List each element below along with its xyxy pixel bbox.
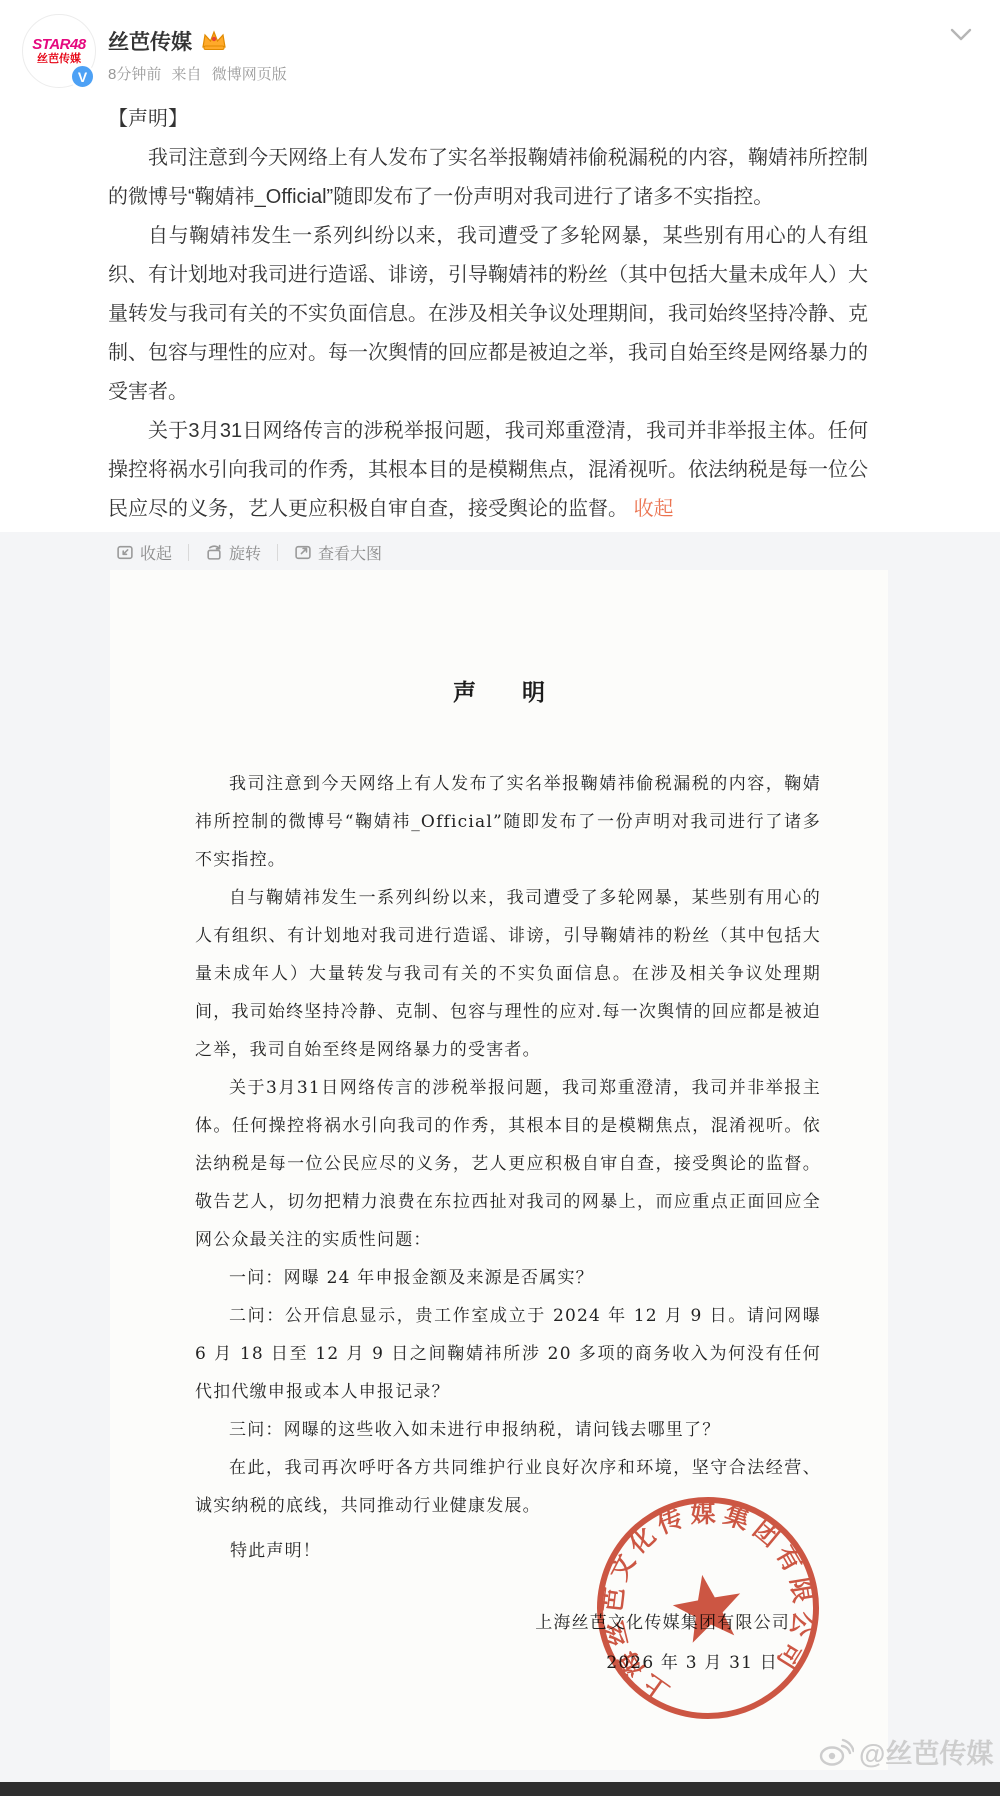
image-toolbar: 收起 旋转 查看大图 — [116, 537, 382, 567]
document-title: 声 明 — [110, 674, 888, 707]
seal-star-icon — [668, 1569, 747, 1645]
collapse-text-link[interactable]: 收起 — [634, 498, 674, 520]
source-prefix: 来自 — [172, 66, 202, 83]
watermark-text: @丝芭传媒 — [859, 1732, 993, 1771]
post-title: 【声明】 — [108, 100, 868, 139]
chevron-down-icon[interactable] — [950, 28, 972, 42]
source-link[interactable]: 微博网页版 — [212, 66, 287, 83]
rotate-image-button[interactable]: 旋转 — [205, 541, 261, 564]
post-text: 【声明】 我司注意到今天网络上有人发布了实名举报鞠婧祎偷税漏税的内容，鞠婧祎所控… — [108, 100, 868, 529]
document-paragraph: 在此，我司再次呼吁各方共同维护行业良好次序和环境，坚守合法经营、诚实纳税的底线，… — [195, 1449, 821, 1525]
avatar-logo-subtext: 丝芭传媒 — [37, 53, 81, 66]
rotate-image-label: 旋转 — [229, 541, 261, 564]
view-large-icon — [294, 543, 312, 561]
document-signature: 上海丝芭文化传媒集团有限公司 — [535, 1608, 790, 1633]
document-paragraph: 我司注意到今天网络上有人发布了实名举报鞠婧祎偷税漏税的内容，鞠婧祎所控制的微博号… — [195, 765, 821, 879]
document-question-2: 二问：公开信息显示，贵工作室成立于 2024 年 12 月 9 日。请问网曝 6… — [195, 1297, 821, 1411]
document-question-1: 一问：网曝 24 年申报金额及来源是否属实？ — [195, 1259, 821, 1297]
post-meta: 8分钟前 来自 微博网页版 — [108, 63, 293, 84]
timestamp[interactable]: 8分钟前 — [108, 66, 161, 83]
document-paragraph: 关于3月31日网络传言的涉税举报问题，我司郑重澄清，我司并非举报主体。任何操控将… — [195, 1069, 821, 1259]
toolbar-divider — [277, 544, 278, 561]
post-paragraph: 自与鞠婧祎发生一系列纠纷以来，我司遭受了多轮网暴，某些别有用心的人有组织、有计划… — [108, 225, 868, 403]
document-body: 我司注意到今天网络上有人发布了实名举报鞠婧祎偷税漏税的内容，鞠婧祎所控制的微博号… — [195, 765, 821, 1525]
collapse-image-icon — [116, 543, 134, 561]
collapse-image-label: 收起 — [140, 541, 172, 564]
document-closing: 特此声明！ — [230, 1536, 321, 1561]
collapse-image-button[interactable]: 收起 — [116, 541, 172, 564]
weibo-logo-icon — [818, 1737, 854, 1767]
document-image[interactable]: 声 明 我司注意到今天网络上有人发布了实名举报鞠婧祎偷税漏税的内容，鞠婧祎所控制… — [110, 570, 888, 1770]
post-paragraph: 我司注意到今天网络上有人发布了实名举报鞠婧祎偷税漏税的内容，鞠婧祎所控制的微博号… — [108, 147, 868, 208]
view-large-label: 查看大图 — [318, 541, 382, 564]
document-date: 2026 年 3 月 31 日 — [606, 1648, 778, 1673]
avatar-logo-text: STAR48 — [32, 37, 85, 53]
post-paragraph: 关于3月31日网络传言的涉税举报问题，我司郑重澄清，我司并非举报主体。任何操控将… — [108, 420, 868, 520]
view-large-button[interactable]: 查看大图 — [294, 541, 382, 564]
watermark: @丝芭传媒 — [818, 1732, 993, 1771]
verified-badge-icon: V — [70, 64, 95, 89]
vip-crown-icon — [200, 28, 228, 52]
document-paragraph: 自与鞠婧祎发生一系列纠纷以来，我司遭受了多轮网暴，某些别有用心的人有组织、有计划… — [195, 879, 821, 1069]
document-question-3: 三问：网曝的这些收入如未进行申报纳税，请问钱去哪里了？ — [195, 1411, 821, 1449]
weibo-post-page: STAR48 丝芭传媒 V 丝芭传媒 8分钟前 来自 微博网页版 【声明】 我司… — [0, 0, 1000, 1796]
rotate-icon — [205, 543, 223, 561]
username[interactable]: 丝芭传媒 — [108, 26, 192, 56]
toolbar-divider — [188, 544, 189, 561]
bottom-bar — [0, 1782, 1000, 1796]
